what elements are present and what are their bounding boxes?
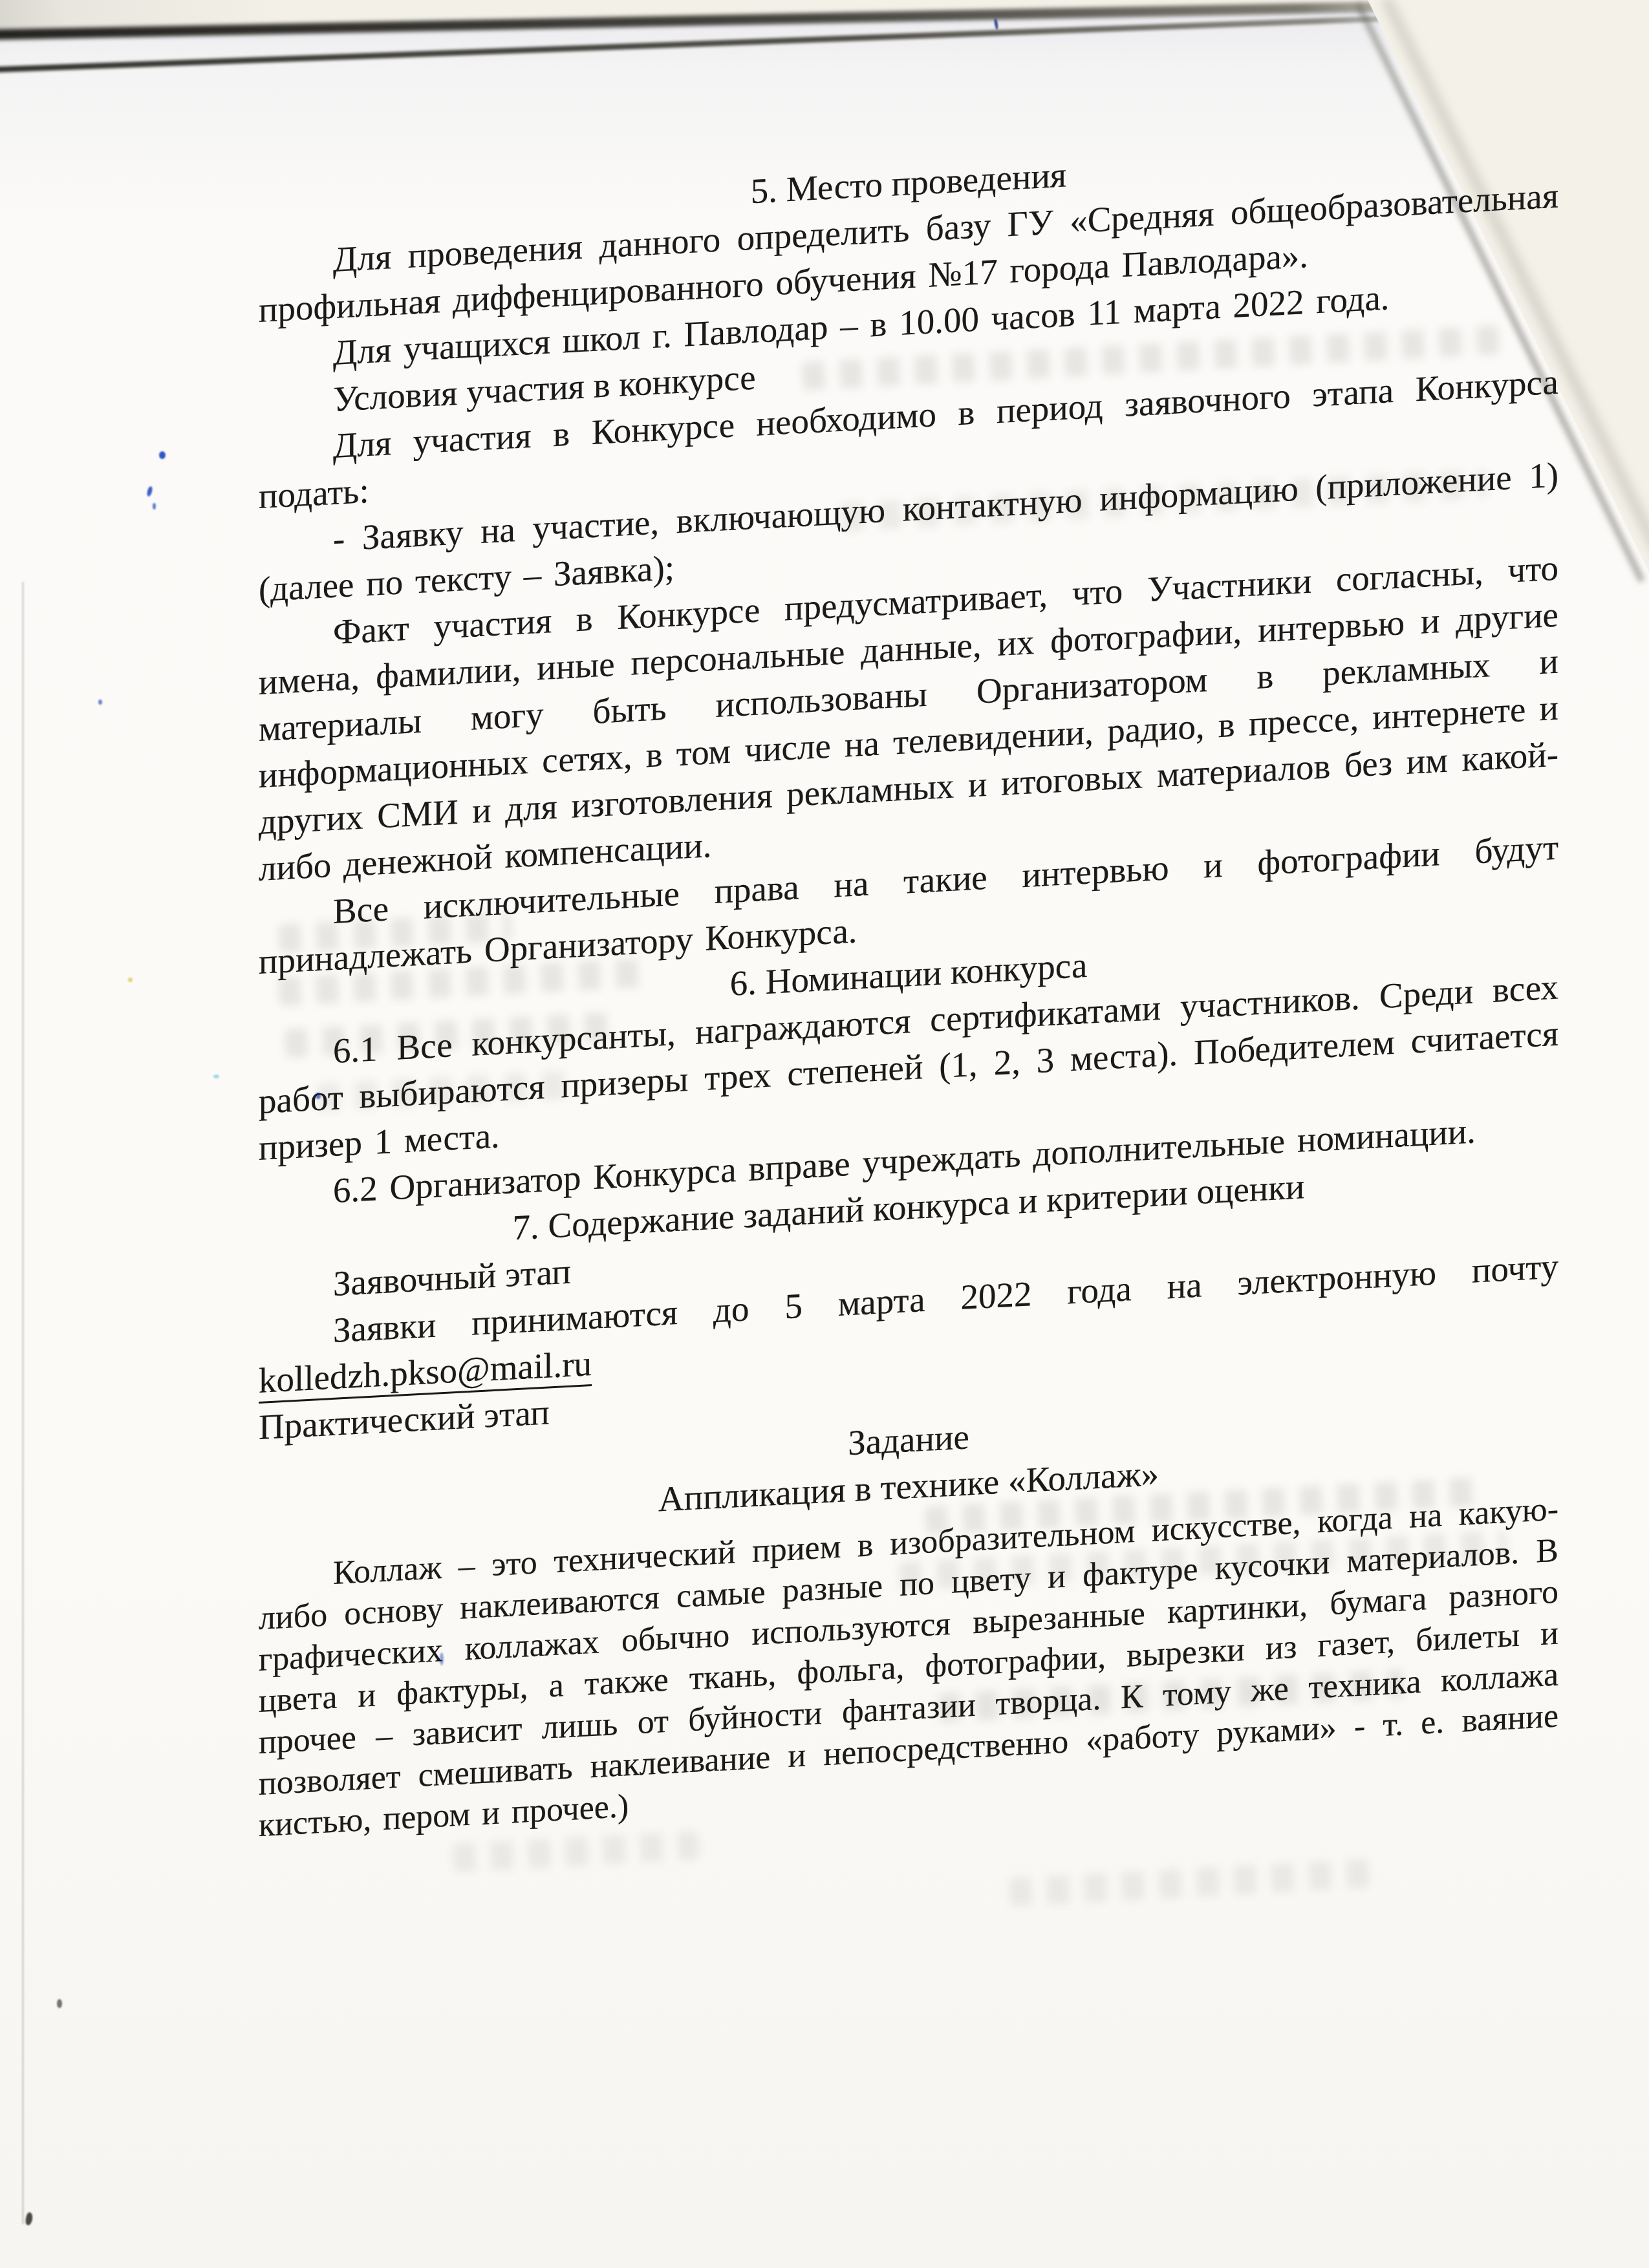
scanned-document-page: 5. Место проведения Для проведения данно…	[0, 0, 1649, 2268]
scan-speck	[128, 978, 133, 982]
pen-ink-speck	[98, 700, 102, 705]
scan-speck	[57, 1999, 62, 2008]
pen-ink-speck	[213, 1075, 219, 1078]
pen-ink-speck	[159, 451, 166, 459]
document-text-block: 5. Место проведения Для проведения данно…	[259, 126, 1558, 1846]
paper-crease-line	[22, 582, 24, 2224]
pen-ink-speck	[153, 503, 156, 509]
